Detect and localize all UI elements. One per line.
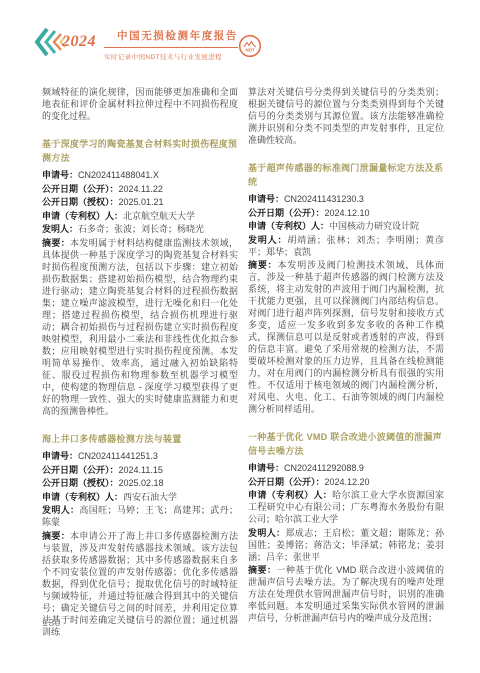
patent-entry: 基于深度学习的陶瓷基复合材料实时损伤程度预测方法 申请号：CN202411488… [42, 138, 238, 417]
report-page: 2024 中国无损检测年度报告 实时记录中国NDT技术与行业发展进程 NDT 频… [0, 0, 480, 673]
field-label: 公开日期（授权）： [42, 478, 119, 488]
abstract-row: 摘要：本发明涉及阀门检测技术领域，具体而言，涉及一种基于超声传感器的阀门检测方法… [248, 259, 444, 415]
patent-title: 基于超声传感器的标准阀门泄漏量标定方法及系统 [248, 162, 444, 189]
field-label: 发明人： [42, 505, 79, 515]
ndt-logo-icon: NDT [238, 34, 262, 63]
field-label: 摘要： [42, 531, 70, 541]
abstract-row: 摘要：一种基于优化 VMD 联合改进小波阈值的泄漏声信号去噪方法。为了解决现有的… [248, 564, 444, 624]
field-value: 2025.01.21 [119, 197, 164, 207]
field-label: 发明人： [248, 528, 285, 538]
left-column: 频域特征的演化规律，因而能够更加准确和全面地表征和评价金属材料拉伸过程中不同损伤… [42, 86, 238, 638]
field-label: 申请（专利权）人： [248, 490, 332, 500]
field-value: 2024.11.15 [119, 465, 163, 475]
patent-title: 基于深度学习的陶瓷基复合材料实时损伤程度预测方法 [42, 138, 238, 165]
field-label: 公开日期（公开）： [42, 184, 119, 194]
field-row: 公开日期（授权）：2025.01.21 [42, 196, 238, 208]
field-row: 申请（专利权）人：哈尔滨工业大学水资源国家工程研究中心有限公司；广东粤海水务股份… [248, 489, 444, 525]
field-label: 申请（专利权）人： [248, 221, 329, 231]
field-value: 一种基于优化 VMD 联合改进小波阈值的泄漏声信号去噪方法。为了解决现有的噪声处… [248, 565, 444, 623]
field-value: 西安石油大学 [123, 492, 177, 502]
field-value: 2025.02.18 [119, 478, 164, 488]
header-title-block: 中国无损检测年度报告 实时记录中国NDT技术与行业发展进程 [104, 28, 238, 61]
report-subtitle: 实时记录中国NDT技术与行业发展进程 [104, 52, 238, 61]
field-value: 本发明涉及阀门检测技术领域，具体而言，涉及一种基于超声传感器的阀门检测方法及系统… [248, 260, 444, 414]
field-label: 申请号： [248, 463, 284, 473]
continuation-paragraph: 频域特征的演化规律，因而能够更加准确和全面地表征和评价金属材料拉伸过程中不同损伤… [42, 86, 238, 122]
field-label: 申请（专利权）人： [42, 211, 123, 221]
field-label: 公开日期（公开）： [248, 208, 325, 218]
chevrons-icon [32, 26, 66, 63]
abstract-row: 摘要：本发明属于材料结构健康监测技术领域，具体提供一种基于深度学习的陶瓷基复合材… [42, 237, 238, 417]
field-row: 发明人：郑成志；王启松；董文超；谢陈龙；孙国胜；姜博铭；蒋浩文；毕泽斌；韩铭龙；… [248, 527, 444, 563]
field-label: 发明人： [248, 235, 287, 245]
page-number: 130 [42, 617, 61, 629]
field-label: 公开日期（授权）： [42, 197, 119, 207]
field-row: 公开日期（授权）：2025.02.18 [42, 477, 238, 489]
field-row: 发明人：胡靖涵；张林；刘杰；李明刚；黄彦平；郑华；袁凯 [248, 234, 444, 258]
field-row: 公开日期（公开）：2024.12.20 [248, 476, 444, 488]
patent-title: 海上井口多传感器检测方法与装置 [42, 433, 238, 447]
logo-text: NDT [245, 48, 254, 53]
field-value: 2024.12.10 [325, 208, 370, 218]
field-row: 公开日期（公开）：2024.11.15 [42, 464, 238, 476]
patent-entry: 一种基于优化 VMD 联合改进小波阈值的泄漏声信号去噪方法 申请号：CN2024… [248, 431, 444, 624]
field-label: 申请号： [248, 194, 284, 204]
field-value: 北京航空航天大学 [123, 211, 195, 221]
field-row: 申请号：CN202411292088.9 [248, 462, 444, 474]
field-value: CN202411431230.3 [284, 194, 364, 204]
field-label: 申请号： [42, 170, 78, 180]
field-value: 本发明属于材料结构健康监测技术领域，具体提供一种基于深度学习的陶瓷基复合材料实时… [42, 238, 238, 416]
patent-entry: 海上井口多传感器检测方法与装置 申请号：CN202411441251.3 公开日… [42, 433, 238, 638]
field-row: 申请（专利权）人：北京航空航天大学 [42, 210, 238, 222]
field-row: 申请号：CN202411488041.X [42, 169, 238, 181]
field-value: 2024.12.20 [325, 477, 370, 487]
field-label: 公开日期（公开）： [248, 477, 325, 487]
page-header: 2024 中国无损检测年度报告 实时记录中国NDT技术与行业发展进程 NDT [0, 20, 480, 74]
field-value: 石多奇；张波；刘长奇；杨晓光 [78, 224, 204, 234]
right-column: 算法对关键信号分类得到关键信号的分类类别；根据关键信号的源位置与分类类别得到每个… [248, 86, 444, 638]
field-value: 中国核动力研究设计院 [329, 221, 419, 231]
content-columns: 频域特征的演化规律，因而能够更加准确和全面地表征和评价金属材料拉伸过程中不同损伤… [42, 86, 444, 638]
field-value: 2024.11.22 [119, 184, 163, 194]
field-row: 申请（专利权）人：西安石油大学 [42, 491, 238, 503]
field-label: 发明人： [42, 224, 78, 234]
report-year: 2024 [62, 33, 96, 51]
field-label: 摘要： [248, 260, 278, 270]
field-row: 申请（专利权）人：中国核动力研究设计院 [248, 220, 444, 232]
field-value: CN202411488041.X [78, 170, 159, 180]
field-row: 申请号：CN202411431230.3 [248, 193, 444, 205]
patent-entry: 基于超声传感器的标准阀门泄漏量标定方法及系统 申请号：CN20241143123… [248, 162, 444, 415]
field-value: CN202411441251.3 [78, 451, 158, 461]
field-label: 摘要： [248, 565, 276, 575]
field-row: 发明人：高国旺；马婷；王飞；高建邦；武丹；陈蒙 [42, 504, 238, 528]
field-row: 发明人：石多奇；张波；刘长奇；杨晓光 [42, 223, 238, 235]
report-title: 中国无损检测年度报告 [104, 28, 238, 48]
field-label: 公开日期（公开）： [42, 465, 119, 475]
abstract-row: 摘要：本申请公开了海上井口多传感器检测方法与装置，涉及声发射传感器技术领域。该方… [42, 530, 238, 638]
field-value: CN202411292088.9 [284, 463, 364, 473]
field-row: 申请号：CN202411441251.3 [42, 450, 238, 462]
field-label: 申请号： [42, 451, 78, 461]
field-label: 申请（专利权）人： [42, 492, 123, 502]
patent-title: 一种基于优化 VMD 联合改进小波阈值的泄漏声信号去噪方法 [248, 431, 444, 458]
field-row: 公开日期（公开）：2024.11.22 [42, 183, 238, 195]
field-value: 本申请公开了海上井口多传感器检测方法与装置，涉及声发射传感器技术领域。该方法包括… [42, 531, 238, 637]
field-row: 公开日期（公开）：2024.12.10 [248, 207, 444, 219]
field-label: 摘要： [42, 238, 70, 248]
continuation-paragraph: 算法对关键信号分类得到关键信号的分类类别；根据关键信号的源位置与分类类别得到每个… [248, 86, 444, 146]
